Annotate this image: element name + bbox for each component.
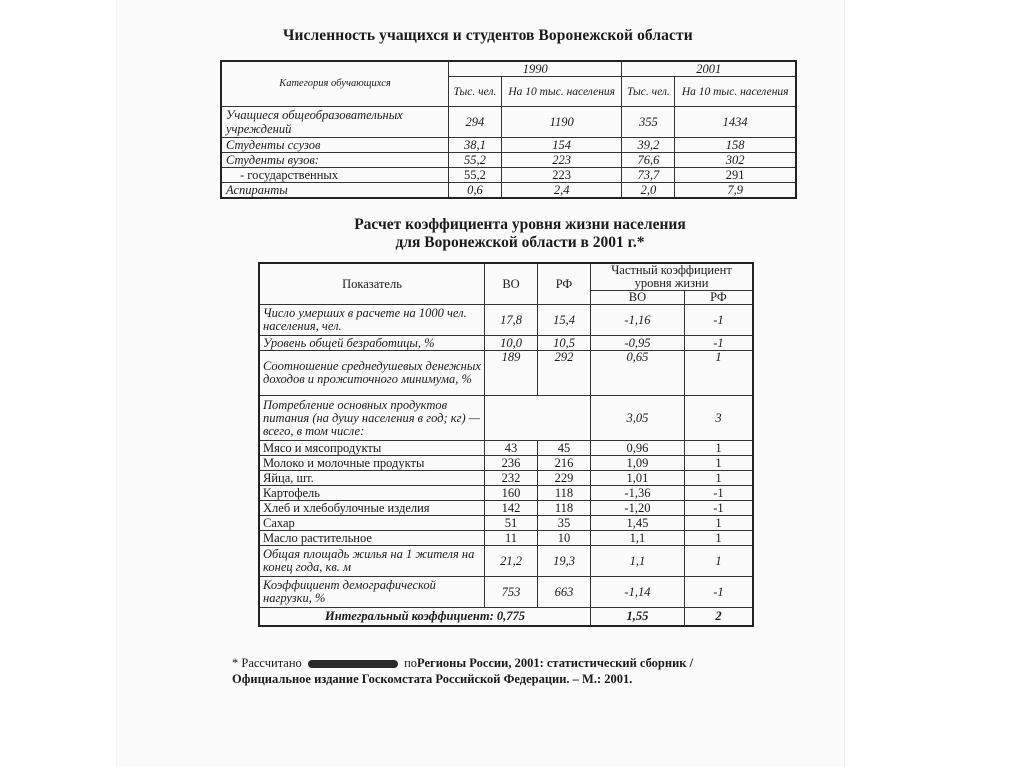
rf-value: 35 bbox=[538, 516, 591, 531]
rf-value: 118 bbox=[538, 486, 591, 501]
vo-value: 189 bbox=[485, 351, 538, 396]
partial-rf-header: РФ bbox=[684, 291, 753, 305]
vo-value: 51 bbox=[485, 516, 538, 531]
partial-vo-header: ВО bbox=[591, 291, 685, 305]
table-row: Уровень общей безработицы, %10,010,5-0,9… bbox=[259, 336, 753, 351]
partial-rf-value: 1 bbox=[684, 456, 753, 471]
rf-value: 292 bbox=[538, 351, 591, 396]
integral-coef-label: Интегральный коэффициент: 0,775 bbox=[259, 608, 591, 627]
rf-value: 45 bbox=[538, 441, 591, 456]
table-row: Масло растительное11101,11 bbox=[259, 531, 753, 546]
partial-vo-value: 1,45 bbox=[591, 516, 685, 531]
row-label: Соотношение среднедушевых денежных доход… bbox=[259, 351, 485, 396]
table-row: Мясо и мясопродукты43450,961 bbox=[259, 441, 753, 456]
partial-vo-value: -1,16 bbox=[591, 305, 685, 336]
cell: 38,1 bbox=[449, 138, 502, 153]
cell: 223 bbox=[501, 168, 622, 183]
cell: 0,6 bbox=[449, 183, 502, 199]
cell: 355 bbox=[622, 107, 675, 138]
row-label: Студенты ссузов bbox=[221, 138, 449, 153]
row-label: Уровень общей безработицы, % bbox=[259, 336, 485, 351]
rf-value: 10 bbox=[538, 531, 591, 546]
cell: 1434 bbox=[675, 107, 796, 138]
partial-rf-value: -1 bbox=[684, 577, 753, 608]
footnote-source: Регионы России, 2001: статистический сбо… bbox=[417, 656, 693, 670]
partial-coef-header: Частный коэффициент уровня жизни bbox=[591, 263, 754, 291]
rf-value: 229 bbox=[538, 471, 591, 486]
partial-vo-value: -1,20 bbox=[591, 501, 685, 516]
vo-value: 232 bbox=[485, 471, 538, 486]
row-label: Число умерших в расчете на 1000 чел. нас… bbox=[259, 305, 485, 336]
table-row: Коэффициент демографической нагрузки, %7… bbox=[259, 577, 753, 608]
cell: 73,7 bbox=[622, 168, 675, 183]
partial-rf-value: -1 bbox=[684, 305, 753, 336]
category-header: Категория обучающихся bbox=[221, 61, 449, 107]
row-label: Масло растительное bbox=[259, 531, 485, 546]
partial-vo-value: 0,65 bbox=[591, 351, 685, 396]
rf-value: 216 bbox=[538, 456, 591, 471]
cell: 55,2 bbox=[449, 153, 502, 168]
row-label: Молоко и молочные продукты bbox=[259, 456, 485, 471]
cell: 291 bbox=[675, 168, 796, 183]
row-label: Потребление основных продуктов питания (… bbox=[259, 396, 485, 441]
subcol-header: Тыс. чел. bbox=[622, 77, 675, 107]
table2-title: Расчет коэффициента уровня жизни населен… bbox=[300, 216, 740, 252]
partial-rf-value: -1 bbox=[684, 486, 753, 501]
total-rf: 2 bbox=[684, 608, 753, 627]
partial-vo-value: -1,14 bbox=[591, 577, 685, 608]
indicator-header: Показатель bbox=[259, 263, 485, 305]
rf-header: РФ bbox=[538, 263, 591, 305]
cell: 2,4 bbox=[501, 183, 622, 199]
partial-rf-value: 3 bbox=[684, 396, 753, 441]
table2-title-line2: для Воронежской области в 2001 г.* bbox=[300, 234, 740, 252]
row-label: Аспиранты bbox=[221, 183, 449, 199]
table-row: Хлеб и хлебобулочные изделия142118-1,20-… bbox=[259, 501, 753, 516]
table-row: Картофель160118-1,36-1 bbox=[259, 486, 753, 501]
subcol-header: На 10 тыс. населения bbox=[501, 77, 622, 107]
partial-rf-value: 1 bbox=[684, 471, 753, 486]
table2-title-line1: Расчет коэффициента уровня жизни населен… bbox=[300, 216, 740, 234]
footnote-middle: по bbox=[404, 656, 417, 670]
vo-value: 142 bbox=[485, 501, 538, 516]
empty-cell bbox=[485, 396, 591, 441]
partial-rf-value: 1 bbox=[684, 351, 753, 396]
partial-rf-value: 1 bbox=[684, 441, 753, 456]
rf-value: 663 bbox=[538, 577, 591, 608]
vo-value: 236 bbox=[485, 456, 538, 471]
cell: 158 bbox=[675, 138, 796, 153]
table-row: Молоко и молочные продукты2362161,091 bbox=[259, 456, 753, 471]
row-label: Хлеб и хлебобулочные изделия bbox=[259, 501, 485, 516]
row-label: Сахар bbox=[259, 516, 485, 531]
cell: 55,2 bbox=[449, 168, 502, 183]
cell: 39,2 bbox=[622, 138, 675, 153]
living-standard-table: Показатель ВО РФ Частный коэффициент уро… bbox=[258, 262, 754, 627]
partial-rf-value: 1 bbox=[684, 546, 753, 577]
cell: 7,9 bbox=[675, 183, 796, 199]
partial-rf-value: -1 bbox=[684, 501, 753, 516]
cell: 2,0 bbox=[622, 183, 675, 199]
vo-value: 17,8 bbox=[485, 305, 538, 336]
table-row: - государственных 55,2 223 73,7 291 bbox=[221, 168, 796, 183]
vo-value: 21,2 bbox=[485, 546, 538, 577]
partial-vo-value: 1,09 bbox=[591, 456, 685, 471]
year-header-2001: 2001 bbox=[622, 61, 796, 77]
vo-value: 10,0 bbox=[485, 336, 538, 351]
vo-value: 160 bbox=[485, 486, 538, 501]
rf-value: 10,5 bbox=[538, 336, 591, 351]
rf-value: 118 bbox=[538, 501, 591, 516]
cell: 154 bbox=[501, 138, 622, 153]
table-row: Соотношение среднедушевых денежных доход… bbox=[259, 351, 753, 396]
subcol-header: На 10 тыс. населения bbox=[675, 77, 796, 107]
partial-rf-value: 1 bbox=[684, 516, 753, 531]
row-label: Картофель bbox=[259, 486, 485, 501]
row-label: Студенты вузов: bbox=[221, 153, 449, 168]
table-row: Число умерших в расчете на 1000 чел. нас… bbox=[259, 305, 753, 336]
year-header-1990: 1990 bbox=[449, 61, 622, 77]
row-label: Учащиеся общеобразовательных учреждений bbox=[221, 107, 449, 138]
table-row: Яйца, шт.2322291,011 bbox=[259, 471, 753, 486]
vo-value: 11 bbox=[485, 531, 538, 546]
table-row: Сахар51351,451 bbox=[259, 516, 753, 531]
table-row: Общая площадь жилья на 1 жителя на конец… bbox=[259, 546, 753, 577]
table-row: Потребление основных продуктов питания (… bbox=[259, 396, 753, 441]
row-label: Общая площадь жилья на 1 жителя на конец… bbox=[259, 546, 485, 577]
table-row: Аспиранты 0,6 2,4 2,0 7,9 bbox=[221, 183, 796, 199]
cell: 76,6 bbox=[622, 153, 675, 168]
vo-value: 43 bbox=[485, 441, 538, 456]
footnote-prefix: * Рассчитано bbox=[232, 656, 302, 670]
row-label: Мясо и мясопродукты bbox=[259, 441, 485, 456]
cell: 294 bbox=[449, 107, 502, 138]
table-row: Студенты вузов: 55,2 223 76,6 302 bbox=[221, 153, 796, 168]
partial-vo-value: 1,1 bbox=[591, 531, 685, 546]
partial-rf-value: -1 bbox=[684, 336, 753, 351]
cell: 302 bbox=[675, 153, 796, 168]
partial-vo-value: 3,05 bbox=[591, 396, 685, 441]
redacted-text bbox=[308, 660, 398, 668]
rf-value: 19,3 bbox=[538, 546, 591, 577]
subcol-header: Тыс. чел. bbox=[449, 77, 502, 107]
cell: 1190 bbox=[501, 107, 622, 138]
total-row: Интегральный коэффициент: 0,775 1,55 2 bbox=[259, 608, 753, 627]
footnote-line2: Официальное издание Госкомстата Российск… bbox=[232, 671, 792, 687]
students-table: Категория обучающихся 1990 2001 Тыс. чел… bbox=[220, 60, 797, 199]
row-label: Яйца, шт. bbox=[259, 471, 485, 486]
total-vo: 1,55 bbox=[591, 608, 685, 627]
partial-rf-value: 1 bbox=[684, 531, 753, 546]
partial-vo-value: 1,01 bbox=[591, 471, 685, 486]
partial-vo-value: -0,95 bbox=[591, 336, 685, 351]
partial-vo-value: 0,96 bbox=[591, 441, 685, 456]
vo-value: 753 bbox=[485, 577, 538, 608]
footnote: * Рассчитано поРегионы России, 2001: ста… bbox=[232, 655, 792, 687]
cell: 223 bbox=[501, 153, 622, 168]
table-row: Учащиеся общеобразовательных учреждений … bbox=[221, 107, 796, 138]
rf-value: 15,4 bbox=[538, 305, 591, 336]
partial-vo-value: -1,36 bbox=[591, 486, 685, 501]
table-row: Студенты ссузов 38,1 154 39,2 158 bbox=[221, 138, 796, 153]
row-label: - государственных bbox=[221, 168, 449, 183]
table1-title: Численность учащихся и студентов Воронеж… bbox=[283, 27, 743, 45]
partial-vo-value: 1,1 bbox=[591, 546, 685, 577]
vo-header: ВО bbox=[485, 263, 538, 305]
row-label: Коэффициент демографической нагрузки, % bbox=[259, 577, 485, 608]
